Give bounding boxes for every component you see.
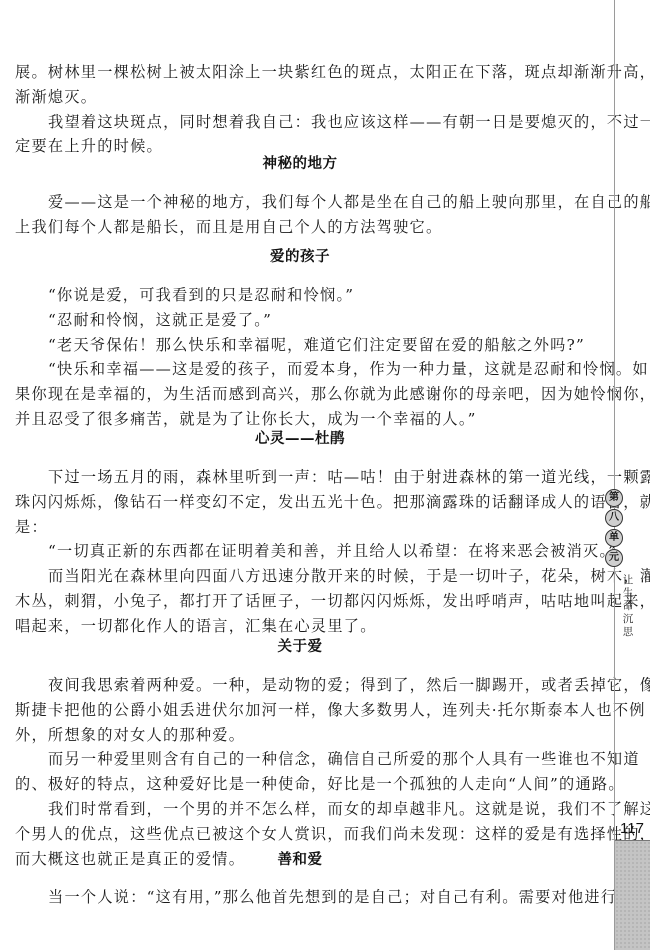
paragraph-line: 上我们每个人都是船长，而且是用自己个人的方法驾驶它。 <box>15 215 585 240</box>
unit-badge: 单 <box>605 529 623 547</box>
section-heading: 善和爱 <box>15 849 585 871</box>
unit-badge: 第 <box>605 489 623 507</box>
paragraph-line: 我望着这块斑点，同时想着我自己：我也应该这样——有朝一日是要熄灭的，不过一 <box>15 110 585 135</box>
paragraph-line: 外，所想象的对女人的那种爱。 <box>15 723 585 748</box>
section-heading: 关于爱 <box>15 636 585 658</box>
unit-title-char: 命 <box>621 600 635 613</box>
section-heading: 心灵——杜鹃 <box>15 428 585 450</box>
section-about-love: 夜间我思索着两种爱。一种，是动物的爱；得到了，然后一脚踢开，或者丢掉它，像 斯捷… <box>15 673 585 871</box>
margin-rule <box>614 0 615 950</box>
section-soul-cuckoo: 下过一场五月的雨，森林里听到一声：咕—咕！由于射进森林的第一道光线，一颗露 珠闪… <box>15 465 585 639</box>
paragraph-line: 我们时常看到，一个男的并不怎么样，而女的却卓越非凡。这就是说，我们不了解这 <box>15 797 585 822</box>
section-intro: 展。树林里一棵松树上被太阳涂上一块紫红色的斑点，太阳正在下落，斑点却渐渐升高， … <box>15 60 585 159</box>
unit-title-char: 沉 <box>621 613 635 626</box>
book-page: 展。树林里一棵松树上被太阳涂上一块紫红色的斑点，太阳正在下落，斑点却渐渐升高， … <box>0 0 650 950</box>
thumb-index-tab <box>615 840 650 950</box>
paragraph-line: 爱——这是一个神秘的地方，我们每个人都是坐在自己的船上驶向那里，在自己的船 <box>15 190 585 215</box>
unit-title: 让 生 命 沉 思 <box>621 574 635 639</box>
paragraph-line: “快乐和幸福——这是爱的孩子，而爱本身，作为一种力量，这就是忍耐和怜悯。如 <box>15 357 585 382</box>
paragraph-line: 下过一场五月的雨，森林里听到一声：咕—咕！由于射进森林的第一道光线，一颗露 <box>15 465 585 490</box>
paragraph-line: 当一个人说：“这有用，”那么他首先想到的是自己；对自己有利。需要对他进行许多 <box>15 885 585 910</box>
paragraph-line: 木丛，刺猬，小兔子，都打开了话匣子，一切都闪闪烁烁，发出呼哨声，咕咕地叫起来， <box>15 589 585 614</box>
paragraph-line: 斯捷卡把他的公爵小姐丢进伏尔加河一样，像大多数男人，连列夫·托尔斯泰本人也不例 <box>15 698 585 723</box>
section-heading: 爱的孩子 <box>15 246 585 268</box>
paragraph-line: 是： <box>15 515 585 540</box>
paragraph-line: 夜间我思索着两种爱。一种，是动物的爱；得到了，然后一脚踢开，或者丢掉它，像 <box>15 673 585 698</box>
paragraph-line: “你说是爱，可我看到的只是忍耐和怜悯。” <box>15 283 585 308</box>
paragraph-line: 的、极好的特点，这种爱好比是一种使命，好比是一个孤独的人走向“人间”的通路。 <box>15 772 585 797</box>
page-number: 117 <box>620 820 650 837</box>
paragraph-line: 展。树林里一棵松树上被太阳涂上一块紫红色的斑点，太阳正在下落，斑点却渐渐升高， <box>15 60 585 85</box>
paragraph-line: 而另一种爱里则含有自己的一种信念，确信自己所爱的那个人具有一些谁也不知道 <box>15 747 585 772</box>
paragraph-line: 而当阳光在森林里向四面八方迅速分散开来的时候，于是一切叶子，花朵，树木，灌 <box>15 564 585 589</box>
paragraph-line: 渐渐熄灭。 <box>15 85 585 110</box>
section-child-of-love: “你说是爱，可我看到的只是忍耐和怜悯。” “忍耐和怜悯，这就正是爱了。” “老天… <box>15 283 585 432</box>
paragraph-line: “一切真正新的东西都在证明着美和善，并且给人以希望：在将来恶会被消灭。” <box>15 539 585 564</box>
paragraph-line: 个男人的优点，这些优点已被这个女人赏识，而我们尚未发现：这样的爱是有选择性的， <box>15 822 585 847</box>
paragraph-line: 果你现在是幸福的，为生活而感到高兴，那么你就为此感谢你的母亲吧，因为她怜悯你， <box>15 382 585 407</box>
paragraph-line: 珠闪闪烁烁，像钻石一样变幻不定，发出五光十色。把那滴露珠的话翻译成人的语言，就 <box>15 490 585 515</box>
unit-title-char: 思 <box>621 626 635 639</box>
section-mysterious-place: 爱——这是一个神秘的地方，我们每个人都是坐在自己的船上驶向那里，在自己的船 上我… <box>15 190 585 240</box>
section-heading: 神秘的地方 <box>15 153 585 175</box>
unit-badges: 第 八 单 元 <box>605 489 624 569</box>
paragraph-line: 唱起来，一切都化作人的语言，汇集在心灵里了。 <box>15 614 585 639</box>
unit-title-char: 生 <box>621 587 635 600</box>
paragraph-line: “老天爷保佑！那么快乐和幸福呢，难道它们注定要留在爱的船舷之外吗?” <box>15 333 585 358</box>
unit-badge: 元 <box>605 549 623 567</box>
section-goodness-and-love: 当一个人说：“这有用，”那么他首先想到的是自己；对自己有利。需要对他进行许多 <box>15 885 585 910</box>
unit-title-char: 让 <box>621 574 635 587</box>
unit-badge: 八 <box>605 509 623 527</box>
paragraph-line: “忍耐和怜悯，这就正是爱了。” <box>15 308 585 333</box>
